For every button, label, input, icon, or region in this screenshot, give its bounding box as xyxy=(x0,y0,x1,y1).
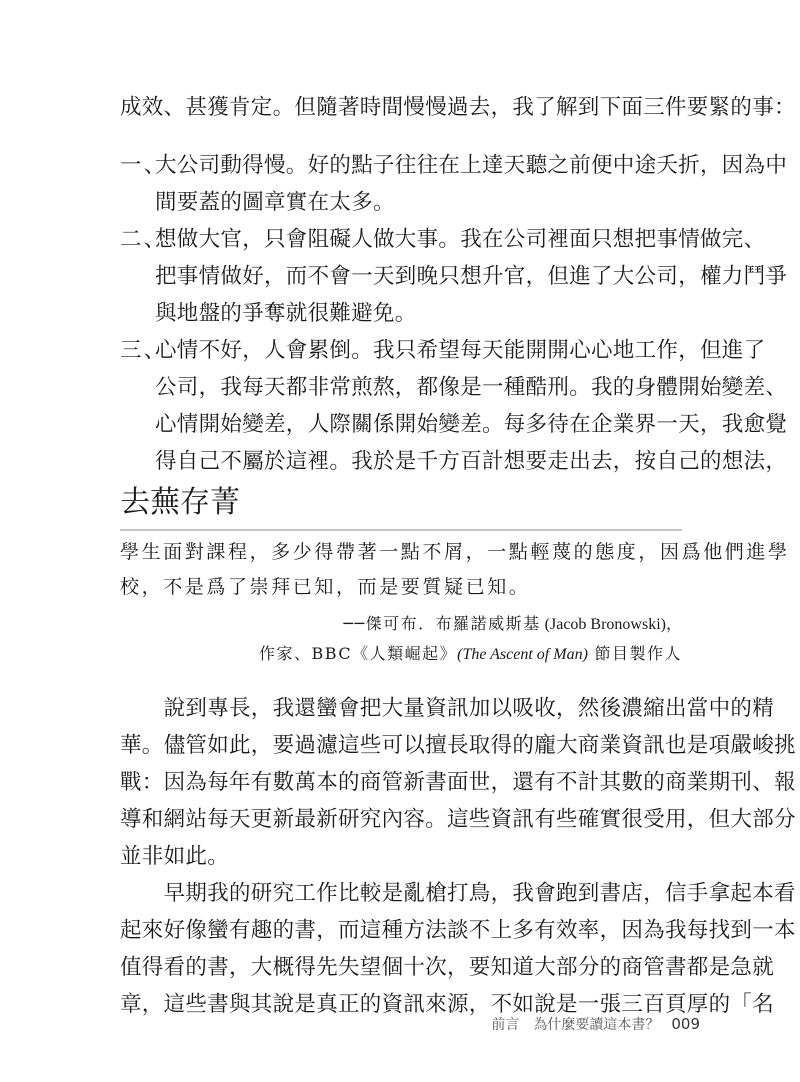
running-title: 前言 為什麼要讀這本書？ xyxy=(491,1017,659,1033)
body-line: 值得看的書，大概得先失望個十次，要知道大部分的商管書都是急就 xyxy=(120,953,774,983)
body-line: 導和網站每天更新最新研究內容。這些資訊有些確實很受用，但大部分 xyxy=(120,805,796,835)
quote-attribution-author: ──傑可布．布羅諾威斯基 (Jacob Bronowski)， xyxy=(343,612,682,637)
attribution-role-suffix: 節目製作人 xyxy=(588,644,682,663)
list-item-line: 與地盤的爭奪就很難避免。 xyxy=(155,299,417,329)
list-item-line: 大公司動得慢。好的點子往往在上達天聽之前便中途夭折，因為中 xyxy=(155,151,787,181)
body-line: 並非如此。 xyxy=(120,842,229,872)
attribution-role-prefix: 作家、BBC《人類崛起》 xyxy=(259,644,457,663)
section-heading: 去蕪存菁 xyxy=(120,483,240,523)
list-item-line: 公司，我每天都非常煎熬，都像是一種酷刑。我的身體開始變差、 xyxy=(155,373,787,403)
heading-divider xyxy=(120,529,682,531)
quote-line: 校，不是爲了崇拜已知，而是要質疑已知。 xyxy=(120,573,530,601)
list-item-line: 想做大官，只會阻礙人做大事。我在公司裡面只想把事情做完、 xyxy=(155,225,765,255)
body-line: 華。儘管如此，要過濾這些可以擅長取得的龐大商業資訊也是項嚴峻挑 xyxy=(120,731,796,761)
quote-attribution-role: 作家、BBC《人類崛起》(The Ascent of Man) 節目製作人 xyxy=(259,642,682,667)
list-item-line: 得自己不屬於這裡。我於是千方百計想要走出去，按自己的想法， xyxy=(155,447,787,477)
list-item-line: 心情開始變差，人際關係開始變差。每多待在企業界一天，我愈覺 xyxy=(155,410,787,440)
body-line: 戰：因為每年有數萬本的商管新書面世，還有不計其數的商業期刊、報 xyxy=(120,768,796,798)
body-line: 起來好像蠻有趣的書，而這種方法談不上多有效率，因為我每找到一本 xyxy=(120,916,796,946)
attribution-author-latin: (Jacob Bronowski)， xyxy=(541,616,682,633)
book-page: 成效、甚獲肯定。但隨著時間慢慢過去，我了解到下面三件要緊的事： 一、 大公司動得… xyxy=(0,0,800,1082)
intro-line: 成效、甚獲肯定。但隨著時間慢慢過去，我了解到下面三件要緊的事： xyxy=(120,93,796,123)
attribution-work-title: (The Ascent of Man) xyxy=(457,646,588,663)
page-number: 009 xyxy=(671,1015,700,1033)
quote-line: 學生面對課程，多少得帶著一點不屑，一點輕蔑的態度，因爲他們進學 xyxy=(120,538,790,566)
list-item-line: 把事情做好，而不會一天到晚只想升官，但進了大公司，權力鬥爭 xyxy=(155,262,787,292)
list-item-line: 心情不好，人會累倒。我只希望每天能開開心心地工作，但進了 xyxy=(155,336,765,366)
body-line: 說到專長，我還蠻會把大量資訊加以吸收，然後濃縮出當中的精 xyxy=(120,694,774,724)
list-item-line: 間要蓋的圖章實在太多。 xyxy=(155,188,395,218)
attribution-author-cjk: ──傑可布．布羅諾威斯基 xyxy=(343,614,540,633)
page-footer: 前言 為什麼要讀這本書？009 xyxy=(491,1014,700,1034)
body-line: 早期我的研究工作比較是亂槍打鳥，我會跑到書店，信手拿起本看 xyxy=(120,879,796,909)
